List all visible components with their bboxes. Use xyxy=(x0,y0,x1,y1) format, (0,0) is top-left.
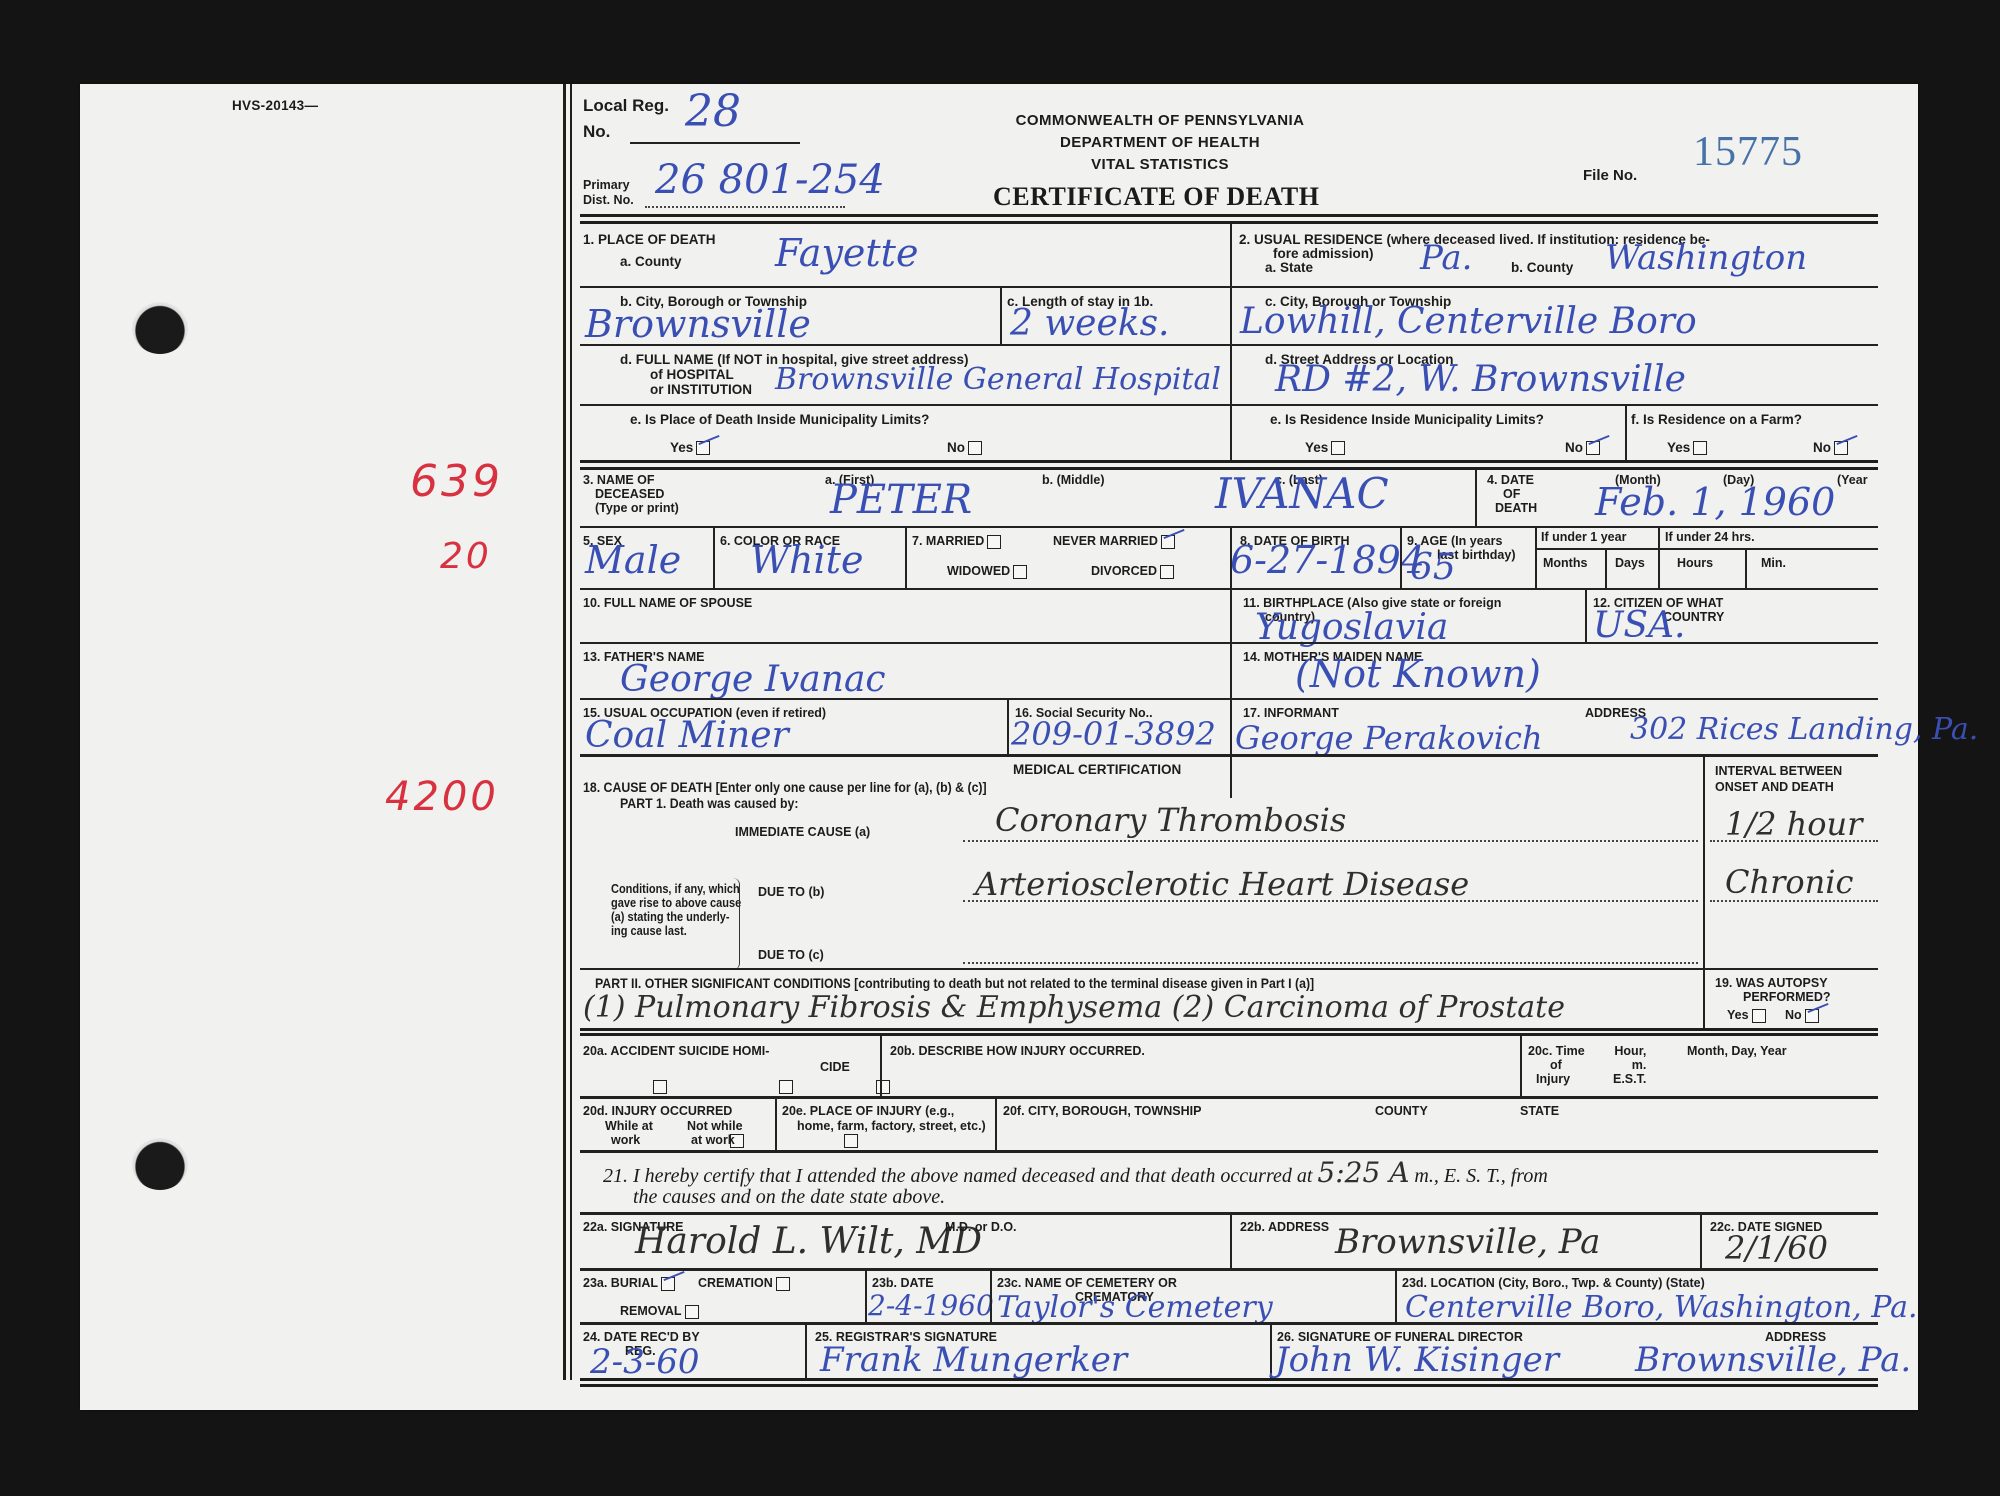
divider xyxy=(1535,526,1537,588)
divider xyxy=(805,1324,807,1378)
rule xyxy=(580,698,1878,700)
file-number-stamp: 15775 xyxy=(1693,128,1803,176)
rule xyxy=(580,968,1878,970)
left-rule-outer xyxy=(563,84,566,1380)
divider xyxy=(1700,1214,1702,1268)
part2-label: PART II. OTHER SIGNIFICANT CONDITIONS [c… xyxy=(595,976,1314,990)
length-of-stay-value[interactable]: 2 weeks. xyxy=(1010,306,1170,342)
primary-dist-label-1: Primary xyxy=(583,178,630,192)
rule xyxy=(1535,548,1878,550)
perforated-edge xyxy=(76,84,84,1410)
punch-hole-top xyxy=(132,302,188,354)
under-24hrs-label: If under 24 hrs. xyxy=(1665,530,1755,544)
res-street-value[interactable]: RD #2, W. Brownsville xyxy=(1275,362,1686,398)
date-signed-value[interactable]: 2/1/60 xyxy=(1725,1230,1828,1266)
certification-statement: 21. I hereby certify that I attended the… xyxy=(603,1156,1548,1189)
rule xyxy=(580,286,1230,288)
checkbox-cremation[interactable] xyxy=(776,1277,790,1291)
rule xyxy=(1232,344,1878,346)
time-of-death-value[interactable]: 5:25 A xyxy=(1317,1156,1409,1189)
min-label: Min. xyxy=(1761,556,1786,570)
form-code: HVS-20143— xyxy=(232,98,318,113)
time-of-injury-label: 20c. TimeofInjury xyxy=(1528,1044,1585,1086)
middle-name-label: b. (Middle) xyxy=(1042,473,1105,487)
immediate-cause-line xyxy=(963,840,1698,842)
divider xyxy=(1658,526,1660,588)
checkbox-yes[interactable] xyxy=(1693,441,1707,455)
checkbox-yes[interactable] xyxy=(1752,1009,1766,1023)
due-to-c-line xyxy=(963,962,1698,964)
injury-type-label-2: CIDE xyxy=(820,1060,850,1074)
md-do-label: M.D. or D.O. xyxy=(945,1220,1017,1234)
autopsy-label-1: 19. WAS AUTOPSY xyxy=(1715,976,1828,990)
divider xyxy=(1605,548,1607,588)
primary-dist-no[interactable]: 26 801-254 xyxy=(655,162,885,198)
death-county-label: a. County xyxy=(620,254,682,269)
part2-value[interactable]: (1) Pulmonary Fibrosis & Emphysema (2) C… xyxy=(583,990,1565,1026)
race-value[interactable]: White xyxy=(750,542,863,578)
rule xyxy=(580,1212,1878,1215)
date-of-death-label-3: DEATH xyxy=(1495,501,1537,515)
checkbox-yes[interactable] xyxy=(1331,441,1345,455)
place-of-injury-label-1: 20e. PLACE OF INJURY (e.g., xyxy=(782,1104,954,1118)
divider xyxy=(905,526,907,588)
divider xyxy=(1520,1036,1522,1096)
divider xyxy=(1475,470,1477,526)
hours-label: Hours xyxy=(1677,556,1713,570)
res-inside-limits-yes[interactable]: Yes xyxy=(1305,440,1345,455)
res-farm-no[interactable]: No xyxy=(1813,440,1848,455)
immediate-cause-value[interactable]: Coronary Thrombosis xyxy=(995,802,1346,838)
agency-block: COMMONWEALTH OF PENNSYLVANIA DEPARTMENT … xyxy=(965,110,1355,176)
married-option[interactable]: 7. MARRIED xyxy=(912,534,1001,549)
checkbox-widowed[interactable] xyxy=(1013,565,1027,579)
physician-address-label: 22b. ADDRESS xyxy=(1240,1220,1329,1234)
death-city-value[interactable]: Brownsville xyxy=(585,306,811,342)
header-double-rule xyxy=(580,214,1878,224)
cemetery-location-label: 23d. LOCATION (City, Boro., Twp. & Count… xyxy=(1402,1276,1705,1290)
rule xyxy=(1232,286,1878,288)
certificate-title: CERTIFICATE OF DEATH xyxy=(993,182,1319,212)
last-name-value[interactable]: IVANAC xyxy=(1215,476,1389,512)
hospital-label-3: or INSTITUTION xyxy=(650,382,752,397)
burial-option[interactable]: 23a. BURIAL xyxy=(583,1276,675,1291)
rule xyxy=(580,1322,1878,1325)
checkbox-never-married[interactable] xyxy=(1161,535,1175,549)
cemetery-label-1: 23c. NAME OF CEMETERY OR xyxy=(997,1276,1177,1290)
interval-b-value[interactable]: Chronic xyxy=(1725,864,1853,900)
local-reg-no[interactable]: 28 xyxy=(685,94,741,130)
father-value[interactable]: George Ivanac xyxy=(620,662,886,698)
cemetery-location-value[interactable]: Centerville Boro, Washington, Pa. xyxy=(1405,1290,1918,1326)
res-city-value[interactable]: Lowhill, Centerville Boro xyxy=(1240,304,1697,340)
informant-address-value[interactable]: 302 Rices Landing, Pa. xyxy=(1630,712,1978,748)
immediate-cause-label: IMMEDIATE CAUSE (a) xyxy=(735,825,870,839)
place-of-injury-label-2: home, farm, factory, street, etc.) xyxy=(797,1119,986,1133)
res-county-value[interactable]: Washington xyxy=(1605,240,1807,276)
rule xyxy=(1232,404,1878,406)
death-inside-limits-no[interactable]: No xyxy=(947,440,982,455)
divider xyxy=(1745,548,1747,588)
rule xyxy=(580,588,1878,590)
interval-label-2: ONSET AND DEATH xyxy=(1715,780,1834,794)
disposition-date-value[interactable]: 2-4-1960 xyxy=(868,1288,994,1324)
death-inside-limits-yes[interactable]: Yes xyxy=(670,440,710,455)
medical-heading: MEDICAL CERTIFICATION xyxy=(1013,762,1181,777)
certification-statement-2: the causes and on the date state above. xyxy=(633,1186,945,1209)
citizen-value[interactable]: USA. xyxy=(1593,608,1685,644)
injury-occurred-label: 20d. INJURY OCCURRED xyxy=(583,1104,732,1118)
physician-signature[interactable]: Harold L. Wilt, MD xyxy=(635,1224,982,1260)
name-label-3: (Type or print) xyxy=(595,501,679,515)
conditions-label: Conditions, if any, which gave rise to a… xyxy=(611,882,741,938)
ssn-value[interactable]: 209-01-3892 xyxy=(1011,716,1216,752)
divider xyxy=(880,1036,882,1096)
rule xyxy=(580,404,1230,406)
local-reg-label: Local Reg. xyxy=(583,98,669,113)
certificate-paper: HVS-20143— 639 20 4200 Local Reg. No. 28… xyxy=(80,84,1918,1410)
divorced-option[interactable]: DIVORCED xyxy=(1091,564,1174,579)
margin-note-4200: 4200 xyxy=(385,774,499,820)
checkbox-homicide[interactable] xyxy=(876,1080,890,1094)
not-while-at-work-option[interactable]: Not whileat work xyxy=(687,1119,743,1147)
rule xyxy=(580,1150,1878,1153)
informant-label: 17. INFORMANT xyxy=(1243,706,1339,720)
funeral-director-signature[interactable]: John W. Kisinger xyxy=(1275,1342,1559,1378)
checkbox-no[interactable] xyxy=(968,441,982,455)
agency-line-2: DEPARTMENT OF HEALTH xyxy=(965,132,1355,154)
checkbox-burial[interactable] xyxy=(661,1277,675,1291)
birthplace-value[interactable]: Yugoslavia xyxy=(1255,610,1448,646)
agency-line-1: COMMONWEALTH OF PENNSYLVANIA xyxy=(965,110,1355,132)
rule xyxy=(580,754,1878,757)
injury-state-label: STATE xyxy=(1520,1104,1559,1118)
checkbox-suicide[interactable] xyxy=(779,1080,793,1094)
cause-of-death-label: 18. CAUSE OF DEATH [Enter only one cause… xyxy=(583,780,987,794)
res-farm-label: f. Is Residence on a Farm? xyxy=(1631,412,1802,427)
divider xyxy=(775,1098,777,1150)
removal-option[interactable]: REMOVAL xyxy=(620,1304,699,1319)
interval-a-value[interactable]: 1/2 hour xyxy=(1725,806,1862,842)
divider xyxy=(1270,1324,1272,1378)
rule xyxy=(580,642,1878,644)
spouse-label: 10. FULL NAME OF SPOUSE xyxy=(583,596,752,610)
age-value[interactable]: 65 xyxy=(1410,550,1456,586)
checkbox-removal[interactable] xyxy=(685,1305,699,1319)
mother-value[interactable]: (Not Known) xyxy=(1295,656,1541,692)
dob-value[interactable]: 6-27-1894 xyxy=(1230,542,1425,578)
margin-note-639: 639 xyxy=(410,456,503,507)
rule xyxy=(580,526,1878,528)
date-received-value[interactable]: 2-3-60 xyxy=(590,1344,700,1380)
res-inside-limits-no[interactable]: No xyxy=(1565,440,1600,455)
left-rule-inner xyxy=(570,84,572,1380)
primary-dist-label-2: Dist. No. xyxy=(583,193,634,207)
divider xyxy=(1400,526,1402,588)
hospital-label-2: of HOSPITAL xyxy=(650,367,734,382)
due-to-b-label: DUE TO (b) xyxy=(758,885,824,899)
res-state-value[interactable]: Pa. xyxy=(1420,240,1472,276)
injury-county-label: COUNTY xyxy=(1375,1104,1428,1118)
margin-note-20: 20 xyxy=(440,536,492,577)
autopsy-no[interactable]: No xyxy=(1785,1008,1819,1023)
part1-label: PART 1. Death was caused by: xyxy=(620,796,798,810)
punch-hole-bottom xyxy=(132,1138,188,1190)
name-label-1: 3. NAME OF xyxy=(583,473,655,487)
hospital-value[interactable]: Brownsville General Hospital xyxy=(775,362,1221,398)
due-to-c-label: DUE TO (c) xyxy=(758,948,824,962)
res-inside-limits-label: e. Is Residence Inside Municipality Limi… xyxy=(1270,412,1544,427)
cemetery-value[interactable]: Taylor's Cemetery xyxy=(997,1290,1273,1326)
divider xyxy=(1703,754,1705,968)
checkbox-no[interactable] xyxy=(1834,441,1848,455)
sex-value[interactable]: Male xyxy=(585,542,681,578)
place-of-death-label: 1. PLACE OF DEATH xyxy=(583,232,716,247)
registrar-signature[interactable]: Frank Mungerker xyxy=(820,1342,1127,1378)
first-name-value[interactable]: PETER xyxy=(830,482,972,518)
checkbox-accident[interactable] xyxy=(653,1080,667,1094)
describe-injury-label: 20b. DESCRIBE HOW INJURY OCCURRED. xyxy=(890,1044,1145,1058)
rule xyxy=(580,1268,1878,1271)
under-1yr-label: If under 1 year xyxy=(1541,530,1626,544)
due-to-b-value[interactable]: Arteriosclerotic Heart Disease xyxy=(975,866,1469,902)
days-label: Days xyxy=(1615,556,1645,570)
local-reg-no-label: No. xyxy=(583,124,610,139)
res-state-label: a. State xyxy=(1265,260,1313,275)
widowed-option[interactable]: WIDOWED xyxy=(947,564,1027,579)
date-of-death-label-2: OF xyxy=(1503,487,1520,501)
divider xyxy=(1585,588,1587,642)
res-farm-yes[interactable]: Yes xyxy=(1667,440,1707,455)
age-label-1: 9. AGE (In years xyxy=(1407,534,1502,548)
certificate-form: Local Reg. No. 28 Primary Dist. No. 26 8… xyxy=(575,90,1878,1380)
while-at-work-option[interactable]: While atwork xyxy=(605,1119,653,1147)
section-divider-1-2 xyxy=(1230,224,1232,462)
bottom-double-rule xyxy=(580,1378,1878,1387)
checkbox-no[interactable] xyxy=(1805,1009,1819,1023)
interval-label-1: INTERVAL BETWEEN xyxy=(1715,764,1842,778)
physician-address-value[interactable]: Brownsville, Pa xyxy=(1335,1224,1600,1260)
year-label: (Year xyxy=(1837,473,1868,487)
never-married-option[interactable]: NEVER MARRIED xyxy=(1053,534,1175,549)
divider xyxy=(713,526,715,588)
primary-dist-dotted-line xyxy=(645,206,845,208)
checkbox-no[interactable] xyxy=(1586,441,1600,455)
divider xyxy=(1395,1270,1397,1322)
usual-residence-label-2: fore admission) xyxy=(1273,246,1374,261)
date-of-death-label-1: 4. DATE xyxy=(1487,473,1534,487)
checkbox-divorced[interactable] xyxy=(1160,565,1174,579)
divider xyxy=(1230,588,1232,798)
divider xyxy=(995,1098,997,1150)
rule xyxy=(580,344,1230,346)
injury-city-label: 20f. CITY, BOROUGH, TOWNSHIP xyxy=(1003,1104,1201,1118)
informant-value[interactable]: George Perakovich xyxy=(1235,720,1543,756)
month-day-year-label: Month, Day, Year xyxy=(1687,1044,1787,1058)
death-county-value[interactable]: Fayette xyxy=(775,235,918,271)
divider xyxy=(1007,698,1009,754)
injury-type-label: 20a. ACCIDENT SUICIDE HOMI- xyxy=(583,1044,769,1058)
checkbox-yes[interactable] xyxy=(696,441,710,455)
agency-line-3: VITAL STATISTICS xyxy=(965,154,1355,176)
autopsy-yes[interactable]: Yes xyxy=(1727,1008,1766,1023)
hour-label: Hour,m.E.S.T. xyxy=(1613,1044,1646,1086)
section-double-rule xyxy=(580,1028,1878,1036)
local-reg-underline xyxy=(630,142,800,144)
divider xyxy=(1703,968,1705,1028)
divider xyxy=(865,1270,867,1322)
divider xyxy=(1625,404,1627,462)
checkbox-married[interactable] xyxy=(987,535,1001,549)
cremation-option[interactable]: CREMATION xyxy=(698,1276,790,1291)
checkbox-not-while-at-work[interactable] xyxy=(844,1134,858,1148)
funeral-address-value[interactable]: Brownsville, Pa. xyxy=(1635,1342,1911,1378)
date-of-death-value[interactable]: Feb. 1, 1960 xyxy=(1595,484,1835,520)
occupation-value[interactable]: Coal Miner xyxy=(585,718,789,754)
divider xyxy=(1230,1214,1232,1268)
name-label-2: DECEASED xyxy=(595,487,664,501)
divider xyxy=(1000,286,1002,344)
autopsy-label-2: PERFORMED? xyxy=(1743,990,1831,1004)
months-label: Months xyxy=(1543,556,1587,570)
divider xyxy=(990,1270,992,1322)
conditions-bracket xyxy=(733,878,740,970)
res-county-label: b. County xyxy=(1511,260,1573,275)
death-inside-limits-label: e. Is Place of Death Inside Municipality… xyxy=(630,412,929,427)
file-no-label: File No. xyxy=(1583,168,1637,183)
